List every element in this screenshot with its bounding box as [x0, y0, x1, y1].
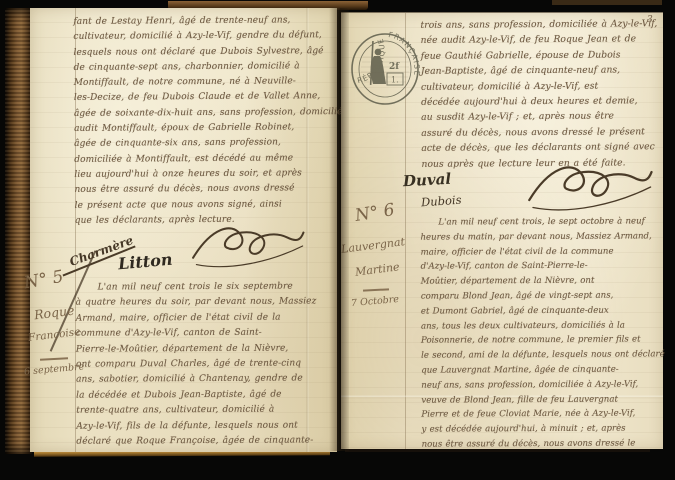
- manuscript-line: décédée aujourd'hui à deux heures et dem…: [421, 93, 659, 110]
- manuscript-line: née audit Azy-le-Vif, de feu Roque Jean …: [421, 32, 659, 49]
- mayor-signature-flourish: [188, 220, 306, 272]
- revenue-stamp: 2f 1. RÉPUBLIQUE FRANÇAISE: [349, 31, 421, 111]
- left-page: fant de Lestay Henri, âgé de trente-neuf…: [30, 8, 337, 452]
- manuscript-line: de cinquante-sept ans, charbonnier, domi…: [74, 59, 332, 76]
- manuscript-line: ont comparu Duval Charles, âgé de trente…: [76, 356, 334, 373]
- book-top-edge-right: [552, 0, 662, 5]
- manuscript-line: heures du matin, par devant nous, Massie…: [420, 229, 658, 245]
- manuscript-line: neuf ans, sans profession, domiciliée à …: [421, 377, 659, 393]
- manuscript-line: Montiffault, de notre commune, né à Neuv…: [74, 74, 332, 91]
- act-text-dubois-sylvestre: fant de Lestay Henri, âgé de trente-neuf…: [73, 13, 332, 229]
- margin-act-number: N° 6: [354, 200, 396, 226]
- manuscript-line: cultivateur, domicilié à Azy-le-Vif, gen…: [73, 28, 331, 45]
- manuscript-line: Pierre et de feue Cloviat Marie, née à A…: [421, 407, 659, 423]
- act-text-lauvergnat-martine: L'an mil neuf cent trois, le sept octobr…: [420, 214, 659, 452]
- manuscript-line: ans, sabotier, domicilié à Chantenay, ge…: [76, 372, 334, 389]
- manuscript-line: maire, officier de l'état civil de la co…: [421, 244, 659, 260]
- signature-declarant-2: Litton: [117, 250, 173, 274]
- manuscript-line: âgée de soixante-dix-huit ans, sans prof…: [74, 105, 332, 122]
- manuscript-line: la décédée et Dubois Jean-Baptiste, âgé …: [76, 387, 334, 404]
- manuscript-line: Azy-le-Vif, fils de la défunte, lesquels…: [76, 418, 334, 435]
- manuscript-line: le présent acte que nous avons signé, ai…: [75, 197, 333, 214]
- manuscript-line: comparu Blond Jean, âgé de vingt-sept an…: [421, 288, 659, 304]
- manuscript-line: lesquels nous ont déclaré que Dubois Syl…: [73, 44, 331, 61]
- manuscript-line: nous être assuré du décès, nous avons dr…: [422, 436, 660, 452]
- manuscript-line: L'an mil neuf cent trois le six septembr…: [98, 279, 334, 296]
- manuscript-line: feue Gauthié Gabrielle, épouse de Dubois: [421, 47, 659, 64]
- margin-separator: [363, 288, 389, 291]
- manuscript-line: ans, tous les deux cultivateurs, domicil…: [421, 318, 659, 334]
- manuscript-line: au susdit Azy-le-Vif ; et, après nous êt…: [421, 109, 659, 126]
- signature-declarant-1: Duval: [403, 170, 452, 190]
- manuscript-line: cultivateur, domicilié à Azy-le-Vif, est: [421, 78, 659, 95]
- manuscript-line: déclaré que Roque Françoise, âgée de cin…: [76, 433, 334, 450]
- manuscript-line: Poisonnerie, de notre commune, le premie…: [421, 333, 659, 349]
- signature-declarant-2: Dubois: [421, 193, 462, 210]
- act-text-roque-francoise: L'an mil neuf cent trois le six septembr…: [76, 279, 335, 450]
- manuscript-line: les-Decize, de feu Dubois Claude et de V…: [74, 90, 332, 107]
- right-page: 3 2f 1.: [341, 12, 663, 449]
- book-scan: fant de Lestay Henri, âgé de trente-neuf…: [0, 0, 675, 480]
- manuscript-line: Pierre-le-Moûtier, département de la Niè…: [76, 341, 334, 358]
- margin-surname: Lauvergnat: [340, 235, 405, 256]
- manuscript-line: trente-quatre ans, cultivateur, domicili…: [76, 403, 334, 420]
- manuscript-line: trois ans, sans profession, domiciliée à…: [420, 16, 658, 33]
- manuscript-line: Jean-Baptiste, âgé de cinquante-neuf ans…: [421, 62, 659, 79]
- manuscript-line: y est décédée aujourd'hui, à minuit ; et…: [421, 422, 659, 438]
- manuscript-line: nous être assuré du décès, nous avons dr…: [74, 181, 332, 198]
- margin-given-name: Martine: [354, 260, 400, 278]
- margin-separator: [40, 357, 68, 360]
- manuscript-line: domiciliée à Montiffault, est décédé au …: [74, 151, 332, 168]
- manuscript-line: L'an mil neuf cent trois, le sept octobr…: [438, 214, 658, 230]
- manuscript-line: à quatre heures du soir, par devant nous…: [76, 295, 334, 312]
- manuscript-line: âgée de cinquante-six ans, sans professi…: [74, 135, 332, 152]
- mayor-signature-flourish: [523, 159, 655, 215]
- manuscript-line: audit Montiffault, époux de Gabrielle Ro…: [74, 120, 332, 137]
- act-text-roque-francoise-continued: trois ans, sans profession, domiciliée à…: [420, 16, 659, 172]
- manuscript-line: et Dumont Gabriel, âgé de cinquante-deux: [421, 303, 659, 319]
- manuscript-line: assuré du décès, nous avons dressé le pr…: [421, 124, 659, 141]
- stamp-sub-value: 1.: [391, 76, 399, 85]
- manuscript-line: fant de Lestay Henri, âgé de trente-neuf…: [73, 13, 331, 30]
- book-binding-edge: [5, 8, 32, 454]
- manuscript-line: lieu aujourd'hui à onze heures du soir, …: [74, 166, 332, 183]
- manuscript-line: Moûtier, département de la Nièvre, ont: [421, 274, 659, 290]
- manuscript-line: Armand, maire, officier de l'état civil …: [76, 310, 334, 327]
- book-gutter-shadow: [329, 8, 349, 451]
- stamp-value: 2f: [389, 62, 400, 72]
- manuscript-line: que Lauvergnat Martine, âgée de cinquant…: [421, 362, 659, 378]
- manuscript-line: veuve de Blond Jean, fille de feu Lauver…: [421, 392, 659, 408]
- margin-date: 7 Octobre: [351, 294, 400, 309]
- manuscript-line: acte de décès, que les déclarants ont si…: [421, 139, 659, 156]
- manuscript-line: d'Azy-le-Vif, canton de Saint-Pierre-le-: [421, 259, 659, 275]
- margin-surname: Roque: [33, 303, 75, 323]
- manuscript-line: commune d'Azy-le-Vif, canton de Saint-: [76, 326, 334, 343]
- manuscript-line: le second, ami de la défunte, lesquels n…: [421, 348, 659, 364]
